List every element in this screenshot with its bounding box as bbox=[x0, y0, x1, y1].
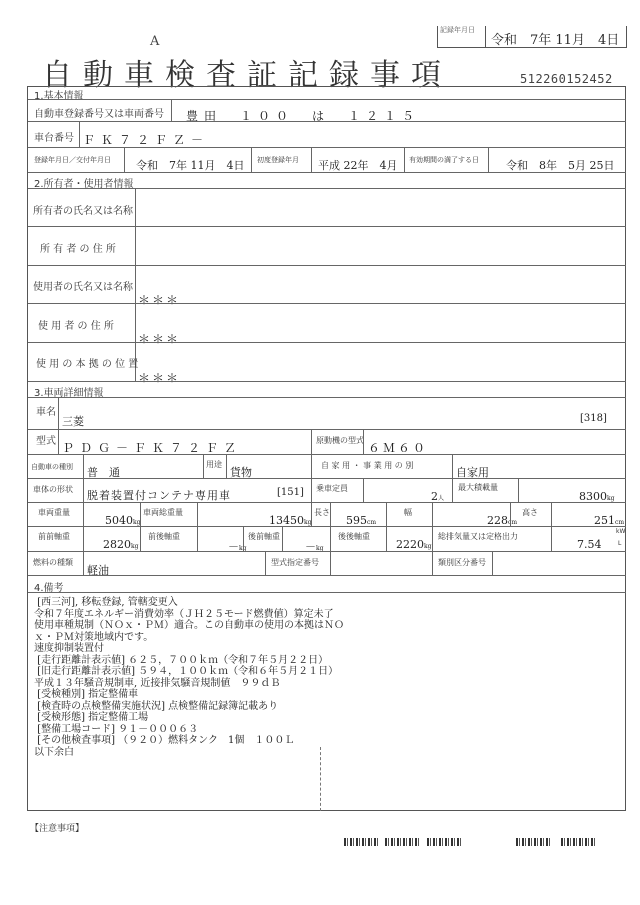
displacement-unit-l: L bbox=[618, 540, 621, 547]
remarks-line: [検査時の点検整備実施状況] 点検整備記録簿記載あり bbox=[34, 701, 344, 713]
type-designation-label: 型式指定番号 bbox=[271, 557, 319, 568]
barcode bbox=[427, 838, 463, 846]
user-address: ＊＊＊ bbox=[138, 330, 180, 347]
vehicle-class-label: 自動車の種別 bbox=[31, 462, 73, 472]
vehicle-weight-label: 車両重量 bbox=[38, 507, 70, 518]
capacity-label: 乗車定員 bbox=[316, 483, 348, 494]
user-name-label: 使用者の氏名又は名称 bbox=[33, 278, 133, 293]
length-label: 長さ bbox=[314, 507, 330, 518]
body-shape: 脱着装置付コンテナ専用車 bbox=[87, 487, 231, 503]
remarks-line: 速度抑制装置付 bbox=[34, 643, 344, 655]
barcode bbox=[516, 838, 552, 846]
height-label: 高さ bbox=[522, 507, 538, 518]
registration-date: 令和 7年 11月 4日 bbox=[136, 157, 245, 173]
displacement-unit-kw: kW bbox=[616, 528, 625, 535]
chassis-number-label: 車台番号 bbox=[34, 129, 74, 144]
remarks-line: 令和７年度エネルギー消費効率（ＪＨ２５モード燃費値）算定未了 bbox=[34, 609, 344, 621]
rr-axle: 2220kg bbox=[396, 538, 431, 551]
user-address-label: 使 用 者 の 住 所 bbox=[38, 317, 114, 332]
ff-axle: 2820kg bbox=[103, 538, 138, 551]
remarks-line: 以下余白 bbox=[34, 747, 344, 759]
displacement-label: 総排気量又は定格出力 bbox=[438, 531, 518, 542]
chassis-number: ＦＫ７２ＦＺ－ bbox=[83, 131, 209, 148]
corner-mark: A bbox=[150, 34, 159, 49]
remarks-line: [受検形態] 指定整備工場 bbox=[34, 712, 344, 724]
base-location: ＊＊＊ bbox=[138, 369, 180, 386]
max-load-label: 最大積載量 bbox=[458, 482, 498, 493]
rr-axle-label: 後後軸重 bbox=[338, 531, 370, 542]
remarks-line: [走行距離計表示値] ６２５，７００ｋｍ（令和７年５月２２日） bbox=[34, 655, 344, 667]
category-label: 類別区分番号 bbox=[438, 557, 486, 568]
body-shape-label: 車体の形状 bbox=[33, 484, 73, 495]
user-name: ＊＊＊ bbox=[138, 291, 180, 308]
divider bbox=[485, 26, 486, 47]
car-name: 三菱 bbox=[62, 413, 84, 429]
remarks-line: ｘ・ＰＭ対策地域内です。 bbox=[34, 632, 344, 644]
remarks-text: [西三河], 移転登録, 管轄変更入令和７年度エネルギー消費効率（ＪＨ２５モード… bbox=[34, 597, 344, 758]
remarks-line: [旧走行距離計表示値] ５９４，１００ｋｍ（令和６年５月２１日） bbox=[34, 666, 344, 678]
expiry-date: 令和 8年 5月 25日 bbox=[506, 157, 615, 173]
remarks-line: 平成１３年騒音規制車, 近接排気騒音規制値 ９９ｄＢ bbox=[34, 678, 344, 690]
registration-number-label: 自動車登録番号又は車両番号 bbox=[34, 105, 164, 120]
record-date-label: 記録年月日 bbox=[440, 26, 482, 35]
fr-axle-label: 前後軸重 bbox=[148, 531, 180, 542]
owner-name-label: 所有者の氏名又は名称 bbox=[33, 202, 133, 217]
document-number: 512260152452 bbox=[520, 72, 613, 86]
rf-axle-label: 後前軸重 bbox=[248, 531, 280, 542]
expiry-label: 有効期間の満了する日 bbox=[409, 155, 479, 165]
width-label: 幅 bbox=[404, 507, 412, 518]
record-date: 令和 7年 11月 4日 bbox=[491, 29, 619, 48]
displacement: 7.54 bbox=[577, 538, 602, 551]
body-shape-code: [151] bbox=[277, 487, 304, 498]
first-registration-label: 初度登録年月 bbox=[257, 155, 299, 165]
remarks-line: [受検種別] 指定整備車 bbox=[34, 689, 344, 701]
first-registration: 平成 22年 4月 bbox=[318, 157, 398, 173]
model-label: 型式 bbox=[36, 432, 56, 447]
fuel-label: 燃料の種類 bbox=[33, 557, 73, 568]
barcode bbox=[561, 838, 597, 846]
car-name-code: [318] bbox=[580, 413, 607, 424]
usage-label: 用途 bbox=[206, 459, 222, 470]
owner-address-label: 所 有 者 の 住 所 bbox=[40, 240, 116, 255]
notice-heading: 【注意事項】 bbox=[30, 821, 84, 834]
barcode bbox=[385, 838, 421, 846]
remarks-line: [その他検査事項] （９２０）燃料タンク 1個 １００Ｌ bbox=[34, 735, 344, 747]
private-business-label: 自 家 用 ・ 事 業 用 の 別 bbox=[321, 460, 413, 471]
record-table: 1.基本情報 自動車登録番号又は車両番号 豊田 １００ は １２１５ 車台番号 … bbox=[27, 86, 626, 811]
registration-date-label: 登録年月日／交付年月日 bbox=[34, 155, 111, 165]
ff-axle-label: 前前軸重 bbox=[38, 531, 70, 542]
base-location-label: 使 用 の 本 拠 の 位 置 bbox=[36, 355, 138, 370]
record-date-box: 記録年月日 令和 7年 11月 4日 bbox=[437, 26, 627, 48]
remarks-line: [西三河], 移転登録, 管轄変更入 bbox=[34, 597, 344, 609]
remarks-line: 使用車種規制（ＮＯｘ・ＰＭ）適合。この自動車の使用の本拠はＮＯ bbox=[34, 620, 344, 632]
gross-weight-label: 車両総重量 bbox=[143, 507, 183, 518]
engine-model-label: 原動機の型式 bbox=[316, 435, 364, 446]
car-name-label: 車名 bbox=[36, 403, 56, 418]
barcode bbox=[344, 838, 380, 846]
remarks-line: [整備工場コード] ９１－０００６３ bbox=[34, 724, 344, 736]
